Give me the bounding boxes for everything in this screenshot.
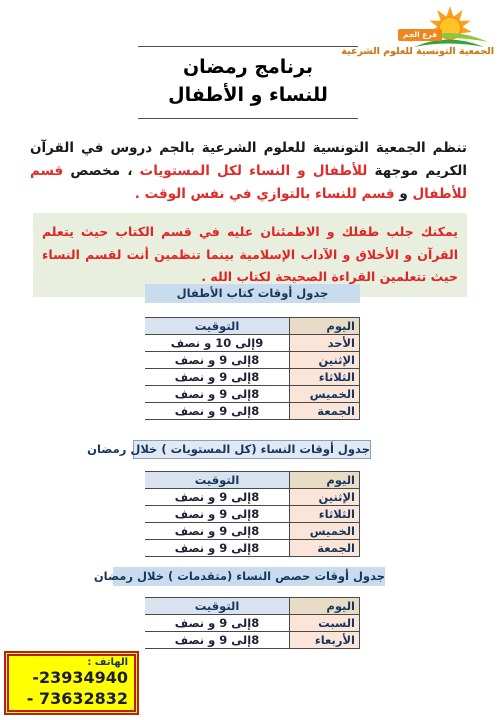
time-column-header: التوقيت <box>145 318 290 335</box>
flyer-page: فرع الجم الجمعية التونسية للعلوم الشرعية… <box>0 0 500 720</box>
intro-text-segment: قسم للنساء <box>315 186 395 202</box>
time-cell: 8إلى 9 و نصف <box>145 632 290 649</box>
day-column-header: اليوم <box>290 472 360 489</box>
time-cell: 8إلى 9 و نصف <box>145 615 290 632</box>
time-cell: 8إلى 9 و نصف <box>145 386 290 403</box>
time-cell: 8إلى 9 و نصف <box>145 369 290 386</box>
intro-text-segment: للأطفال و النساء لكل المستويات <box>140 163 368 179</box>
time-cell: 8إلى 9 و نصف <box>145 523 290 540</box>
day-cell: الإثنين <box>290 352 360 369</box>
phone-number-1: -23934940 <box>15 668 128 689</box>
schedule-row: الأربعاء8إلى 9 و نصف <box>145 632 360 649</box>
schedule-row: الإثنين8إلى 9 و نصف <box>145 352 360 369</box>
intro-text-segment: و <box>395 186 413 202</box>
day-cell: الخميس <box>290 523 360 540</box>
phone-number-2: - 73632832 <box>15 689 128 710</box>
time-cell: 8إلى 9 و نصف <box>145 540 290 557</box>
children-schedule-heading: جدول أوقات كتاب الأطفال <box>145 284 360 303</box>
time-cell: 8إلى 9 و نصف <box>145 506 290 523</box>
intro-text-segment: بالتوازي في نفس الوقت . <box>135 186 315 202</box>
schedule-row: الخميس8إلى 9 و نصف <box>145 386 360 403</box>
table-header-row: اليوم التوقيت <box>145 598 360 615</box>
intro-paragraph: تنظم الجمعية التونسية للعلوم الشرعية بال… <box>30 137 467 206</box>
branch-badge: فرع الجم <box>398 29 442 41</box>
schedule-row: الإثنين8إلى 9 و نصف <box>145 489 360 506</box>
schedule-row: الثلاثاء8إلى 9 و نصف <box>145 506 360 523</box>
organization-name: الجمعية التونسية للعلوم الشرعية <box>382 46 494 57</box>
day-cell: الجمعة <box>290 403 360 420</box>
phone-box: الهاتف : -23934940 - 73632832 <box>4 651 139 715</box>
title-line-1: برنامج رمضان <box>138 54 358 82</box>
intro-text-segment: ، مخصص <box>63 163 139 179</box>
day-cell: الأربعاء <box>290 632 360 649</box>
schedule-row: الجمعة8إلى 9 و نصف <box>145 403 360 420</box>
children-schedule-table: اليوم التوقيت الأحد9إلى 10 و نصفالإثنين8… <box>145 317 360 420</box>
day-cell: الخميس <box>290 386 360 403</box>
day-cell: الإثنين <box>290 489 360 506</box>
title-line-2: للنساء و الأطفال <box>138 82 358 110</box>
schedule-row: الأحد9إلى 10 و نصف <box>145 335 360 352</box>
women-all-levels-table: اليوم التوقيت الإثنين8إلى 9 و نصفالثلاثا… <box>145 471 360 557</box>
women-advanced-table: اليوم التوقيت السبت8إلى 9 و نصفالأربعاء8… <box>145 597 360 649</box>
time-cell: 9إلى 10 و نصف <box>145 335 290 352</box>
schedule-row: الثلاثاء8إلى 9 و نصف <box>145 369 360 386</box>
women-advanced-heading: جدول أوقات حصص النساء (متقدمات ) خلال رم… <box>113 567 385 586</box>
schedule-row: الجمعة8إلى 9 و نصف <box>145 540 360 557</box>
day-cell: الأحد <box>290 335 360 352</box>
association-logo: فرع الجم الجمعية التونسية للعلوم الشرعية <box>382 2 494 57</box>
schedule-row: الخميس8إلى 9 و نصف <box>145 523 360 540</box>
time-column-header: التوقيت <box>145 472 290 489</box>
women-all-levels-heading: جدول أوقات النساء (كل المستويات ) خلال ر… <box>133 440 371 459</box>
time-cell: 8إلى 9 و نصف <box>145 489 290 506</box>
table-header-row: اليوم التوقيت <box>145 472 360 489</box>
day-cell: الثلاثاء <box>290 506 360 523</box>
day-cell: الثلاثاء <box>290 369 360 386</box>
schedule-row: السبت8إلى 9 و نصف <box>145 615 360 632</box>
document-title: برنامج رمضان للنساء و الأطفال <box>138 46 358 119</box>
time-cell: 8إلى 9 و نصف <box>145 352 290 369</box>
sun-book-logo-icon <box>382 2 494 48</box>
table-header-row: اليوم التوقيت <box>145 318 360 335</box>
day-column-header: اليوم <box>290 598 360 615</box>
day-cell: السبت <box>290 615 360 632</box>
time-cell: 8إلى 9 و نصف <box>145 403 290 420</box>
time-column-header: التوقيت <box>145 598 290 615</box>
day-column-header: اليوم <box>290 318 360 335</box>
day-cell: الجمعة <box>290 540 360 557</box>
phone-label: الهاتف : <box>15 657 128 668</box>
